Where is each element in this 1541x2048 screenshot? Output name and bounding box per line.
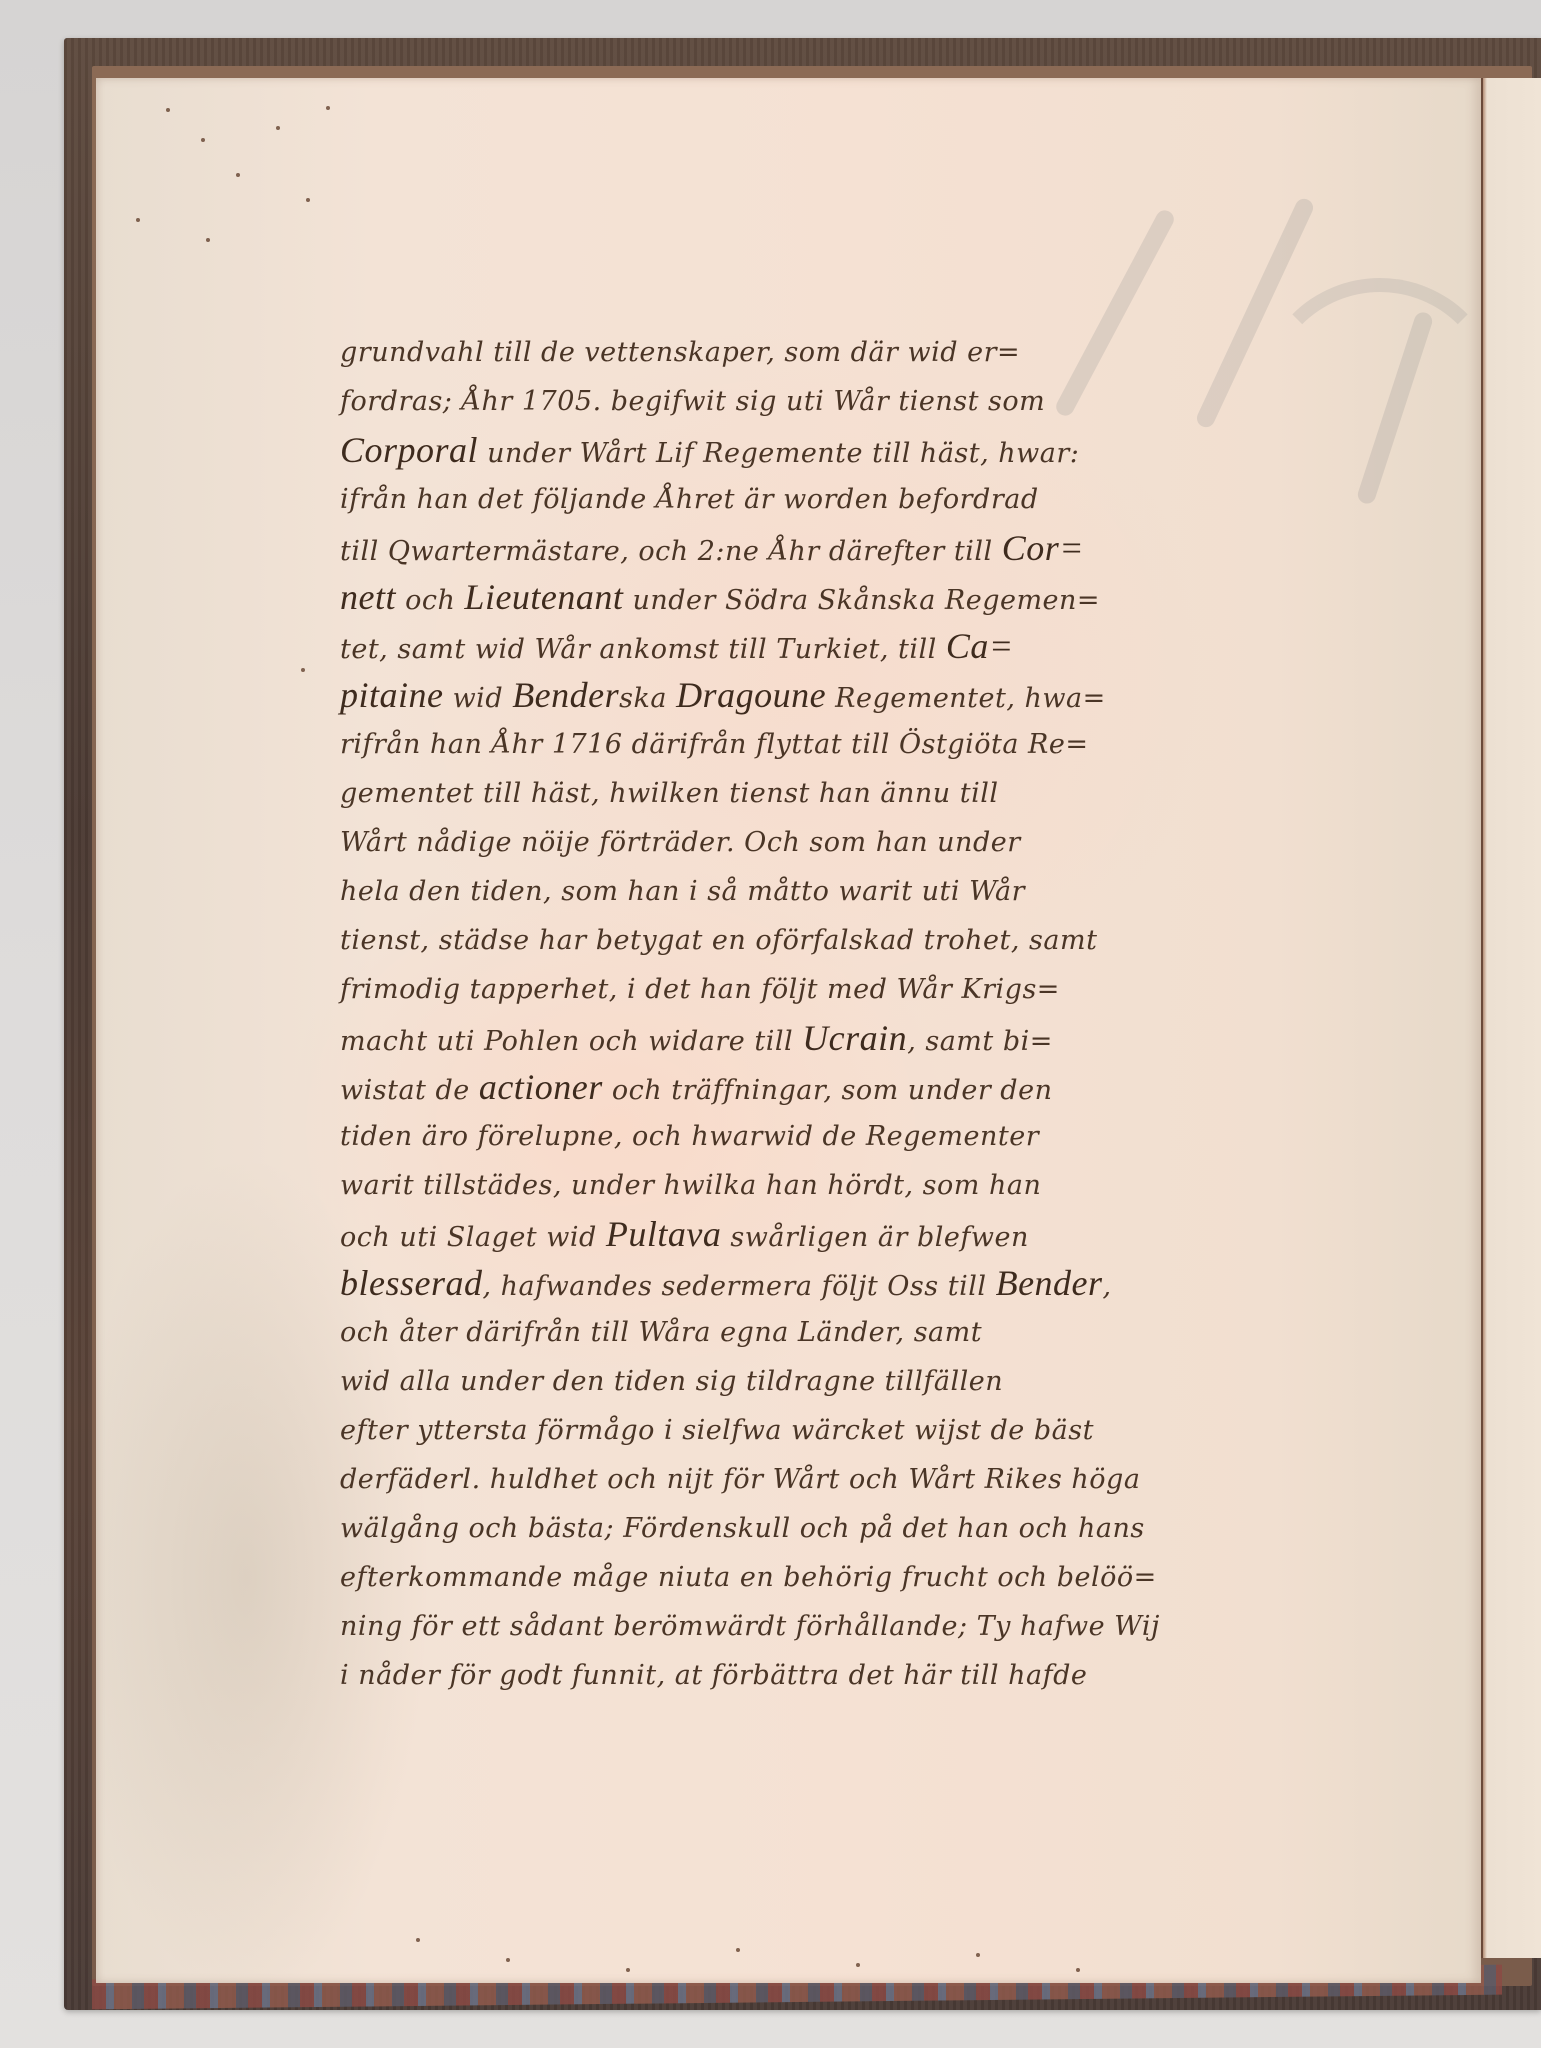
manuscript-line: och uti Slaget wid Pultava swårligen är … bbox=[340, 1210, 1300, 1259]
manuscript-line: Corporal under Wårt Lif Regemente till h… bbox=[340, 426, 1300, 475]
line-text: efterkommande måge niuta en behörig fruc… bbox=[340, 1562, 1157, 1593]
latin-word: Dragoune bbox=[676, 675, 826, 715]
line-text: wistat de bbox=[340, 1075, 479, 1106]
manuscript-line: i nåder för godt funnit, at förbättra de… bbox=[340, 1651, 1300, 1700]
manuscript-line: gementet till häst, hwilken tienst han ä… bbox=[340, 769, 1300, 818]
manuscript-line: wälgång och bästa; Fördenskull och på de… bbox=[340, 1504, 1300, 1553]
latin-word: Bender bbox=[512, 675, 619, 715]
line-text: och träffningar, som under den bbox=[603, 1075, 1053, 1106]
line-text: till Qwartermästare, och 2:ne Åhr däreft… bbox=[340, 536, 1002, 567]
foxing-speck bbox=[276, 126, 280, 130]
line-text: Regementet, hwa= bbox=[826, 683, 1106, 714]
line-text: ifrån han det följande Åhret är worden b… bbox=[340, 484, 1039, 515]
manuscript-line: Wårt nådige nöije förträder. Och som han… bbox=[340, 818, 1300, 867]
line-text: Wårt nådige nöije förträder. Och som han… bbox=[340, 827, 1021, 858]
line-text: frimodig tapperhet, i det han följt med … bbox=[340, 974, 1060, 1005]
line-text: rifrån han Åhr 1716 därifrån flyttat til… bbox=[340, 729, 1088, 760]
latin-word: Lieutenant bbox=[464, 577, 623, 617]
foxing-speck bbox=[416, 1938, 420, 1942]
line-text: wälgång och bästa; Fördenskull och på de… bbox=[340, 1513, 1145, 1544]
latin-word: Cor= bbox=[1002, 528, 1084, 568]
manuscript-line: till Qwartermästare, och 2:ne Åhr däreft… bbox=[340, 524, 1300, 573]
line-text: under Södra Skånska Regemen= bbox=[623, 585, 1100, 616]
line-text: tienst, städse har betygat en oförfalska… bbox=[340, 925, 1097, 956]
foxing-speck bbox=[626, 1968, 630, 1972]
manuscript-line: fordras; Åhr 1705. begifwit sig uti Wår … bbox=[340, 377, 1300, 426]
foxing-speck bbox=[206, 238, 210, 242]
line-text: grundvahl till de vettenskaper, som där … bbox=[340, 337, 1020, 368]
line-text: och uti Slaget wid bbox=[340, 1222, 606, 1253]
foxing-speck bbox=[506, 1958, 510, 1962]
manuscript-line: ning för ett sådant berömwärdt förhållan… bbox=[340, 1602, 1300, 1651]
line-text: under Wårt Lif Regemente till häst, hwar… bbox=[478, 438, 1079, 469]
manuscript-line: blesserad, hafwandes sedermera följt Oss… bbox=[340, 1259, 1300, 1308]
latin-word: blesserad bbox=[340, 1263, 483, 1303]
line-text: wid alla under den tiden sig tildragne t… bbox=[340, 1366, 1003, 1397]
line-text: macht uti Pohlen och widare till bbox=[340, 1026, 802, 1057]
manuscript-line: rifrån han Åhr 1716 därifrån flyttat til… bbox=[340, 720, 1300, 769]
latin-word: Bender bbox=[996, 1263, 1103, 1303]
manuscript-line: frimodig tapperhet, i det han följt med … bbox=[340, 965, 1300, 1014]
foxing-speck bbox=[326, 106, 330, 110]
line-text: hela den tiden, som han i så måtto warit… bbox=[340, 876, 1025, 907]
line-text: och bbox=[396, 585, 464, 616]
manuscript-line: ifrån han det följande Åhret är worden b… bbox=[340, 475, 1300, 524]
line-text: , samt bi= bbox=[907, 1026, 1053, 1057]
line-text: tet, samt wid Wår ankomst till Turkiet, … bbox=[340, 634, 946, 665]
latin-word: Ca= bbox=[946, 626, 1014, 666]
foxing-speck bbox=[201, 138, 205, 142]
scanned-book-spread: grundvahl till de vettenskaper, som där … bbox=[0, 0, 1541, 2048]
manuscript-text: grundvahl till de vettenskaper, som där … bbox=[340, 328, 1300, 1700]
foxing-speck bbox=[976, 1953, 980, 1957]
manuscript-line: wid alla under den tiden sig tildragne t… bbox=[340, 1357, 1300, 1406]
foxing-speck bbox=[856, 1963, 860, 1967]
latin-word: actioner bbox=[479, 1067, 603, 1107]
line-text: i nåder för godt funnit, at förbättra de… bbox=[340, 1660, 1087, 1691]
manuscript-line: pitaine wid Benderska Dragoune Regemente… bbox=[340, 671, 1300, 720]
line-text: , hafwandes sedermera följt Oss till bbox=[483, 1271, 996, 1302]
latin-word: Ucrain bbox=[802, 1018, 907, 1058]
line-text: fordras; Åhr 1705. begifwit sig uti Wår … bbox=[340, 386, 1045, 417]
foxing-speck bbox=[1076, 1968, 1080, 1972]
manuscript-line: grundvahl till de vettenskaper, som där … bbox=[340, 328, 1300, 377]
manuscript-line: efter yttersta förmågo i sielfwa wärcket… bbox=[340, 1406, 1300, 1455]
latin-word: nett bbox=[340, 577, 396, 617]
foxing-speck bbox=[306, 198, 310, 202]
manuscript-line: och åter därifrån till Wåra egna Länder,… bbox=[340, 1308, 1300, 1357]
manuscript-line: derfäderl. huldhet och nijt för Wårt och… bbox=[340, 1455, 1300, 1504]
latin-word: Pultava bbox=[606, 1214, 721, 1254]
manuscript-line: macht uti Pohlen och widare till Ucrain,… bbox=[340, 1014, 1300, 1063]
line-text: ning för ett sådant berömwärdt förhållan… bbox=[340, 1611, 1160, 1642]
line-text: warit tillstädes, under hwilka han hördt… bbox=[340, 1170, 1041, 1201]
line-text: swårligen är blefwen bbox=[721, 1222, 1029, 1253]
line-text: derfäderl. huldhet och nijt för Wårt och… bbox=[340, 1464, 1140, 1495]
line-text: ska bbox=[619, 683, 676, 714]
foxing-speck bbox=[136, 218, 140, 222]
manuscript-line: nett och Lieutenant under Södra Skånska … bbox=[340, 573, 1300, 622]
manuscript-line: hela den tiden, som han i så måtto warit… bbox=[340, 867, 1300, 916]
latin-word: Corporal bbox=[340, 430, 478, 470]
line-text: tiden äro förelupne, och hwarwid de Rege… bbox=[340, 1121, 1039, 1152]
latin-word: pitaine bbox=[340, 675, 443, 715]
manuscript-line: tiden äro förelupne, och hwarwid de Rege… bbox=[340, 1112, 1300, 1161]
foxing-speck bbox=[166, 108, 170, 112]
manuscript-line: tienst, städse har betygat en oförfalska… bbox=[340, 916, 1300, 965]
manuscript-line: efterkommande måge niuta en behörig fruc… bbox=[340, 1553, 1300, 1602]
line-text: , bbox=[1103, 1271, 1112, 1302]
line-text: och åter därifrån till Wåra egna Länder,… bbox=[340, 1317, 982, 1348]
manuscript-line: wistat de actioner och träffningar, som … bbox=[340, 1063, 1300, 1112]
foxing-speck bbox=[301, 668, 305, 672]
line-text: gementet till häst, hwilken tienst han ä… bbox=[340, 778, 998, 809]
foxing-speck bbox=[236, 173, 240, 177]
line-text: wid bbox=[443, 683, 512, 714]
manuscript-line: tet, samt wid Wår ankomst till Turkiet, … bbox=[340, 622, 1300, 671]
line-text: efter yttersta förmågo i sielfwa wärcket… bbox=[340, 1415, 1094, 1446]
manuscript-line: warit tillstädes, under hwilka han hördt… bbox=[340, 1161, 1300, 1210]
foxing-speck bbox=[736, 1948, 740, 1952]
